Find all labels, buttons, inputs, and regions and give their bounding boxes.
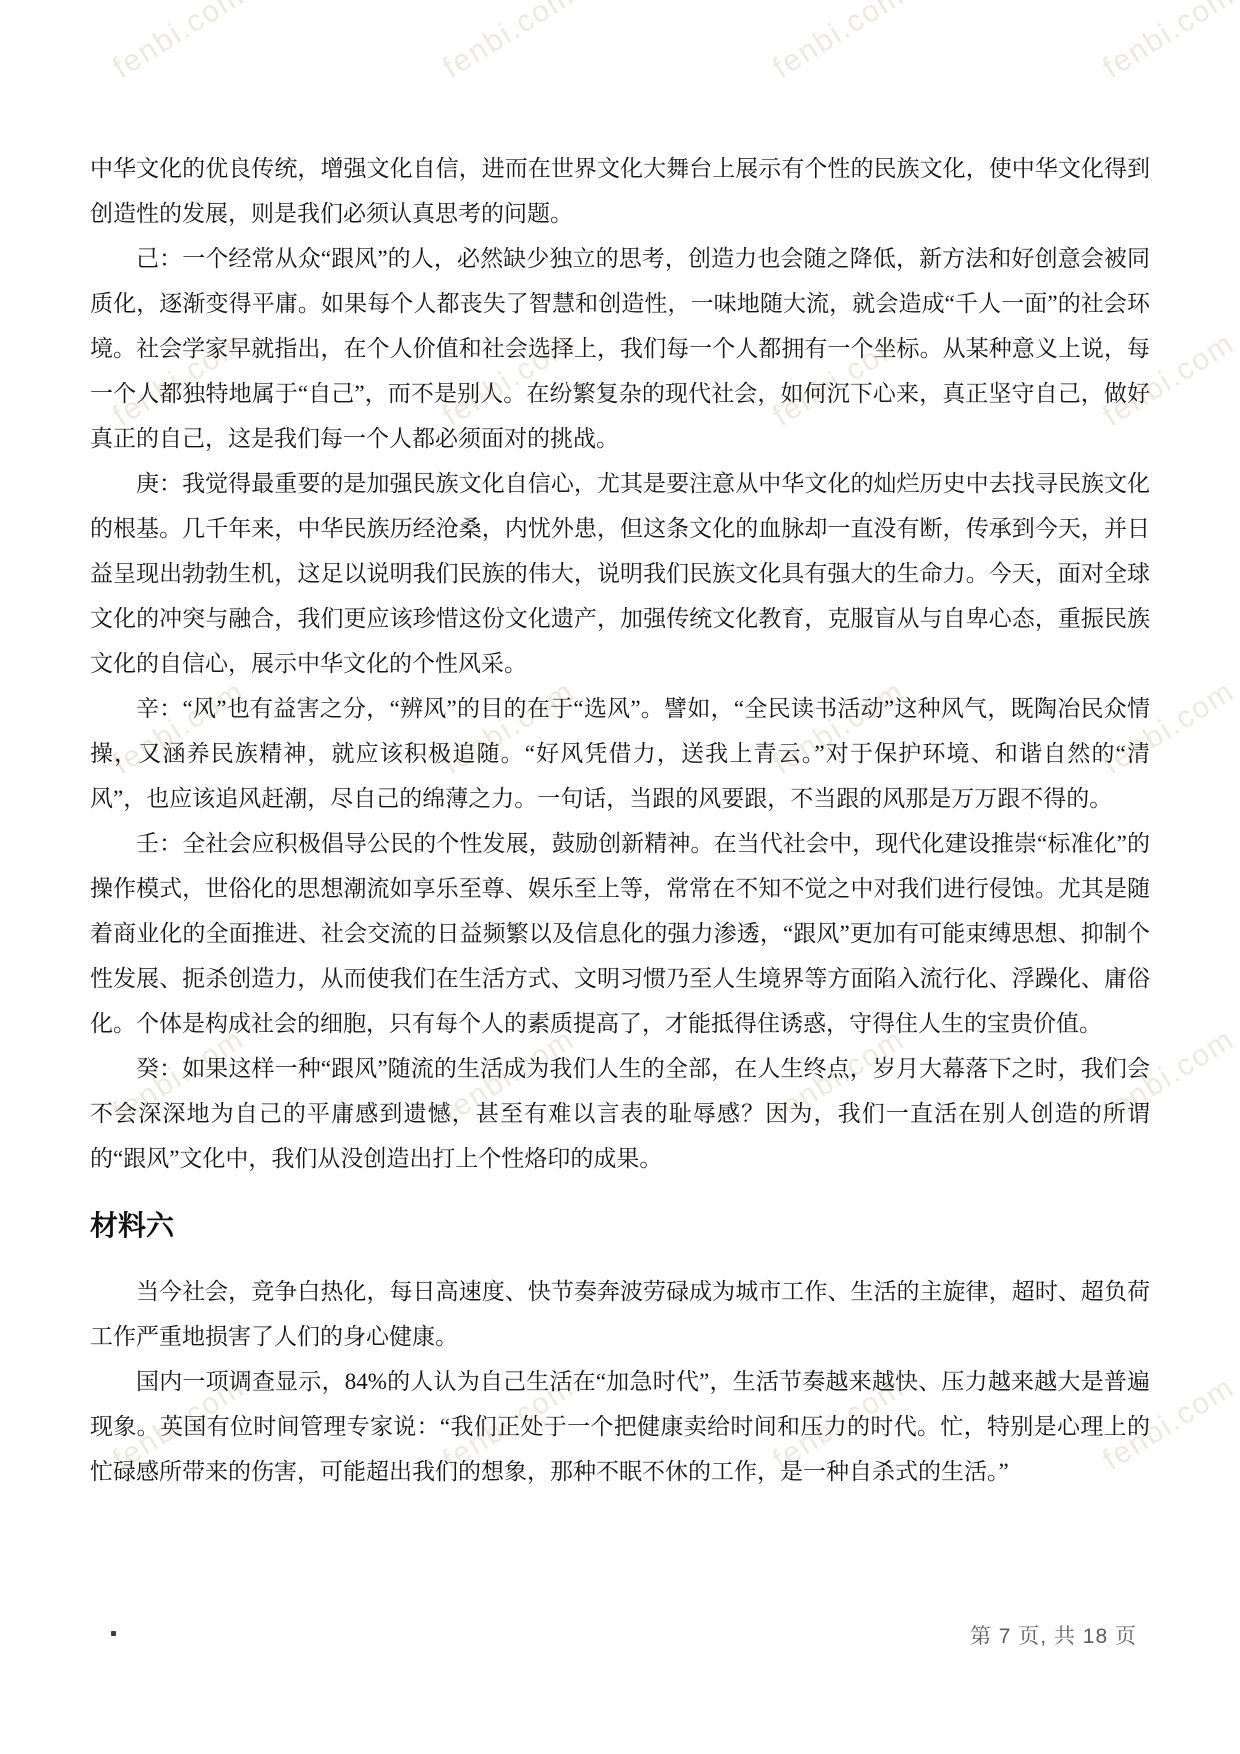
paragraph-speaker-xin: 辛：“风”也有益害之分，“辨风”的目的在于“选风”。譬如，“全民读书活动”这种风… (90, 686, 1150, 821)
paragraph-speaker-geng: 庚：我觉得最重要的是加强民族文化自信心，尤其是要注意从中华文化的灿烂历史中去找寻… (90, 461, 1150, 686)
page-number: 第 7 页, 共 18 页 (970, 1620, 1137, 1650)
paragraph-speaker-ji: 己：一个经常从众“跟风”的人，必然缺少独立的思考，创造力也会随之降低，新方法和好… (90, 236, 1150, 461)
paragraph-speaker-gui: 癸：如果这样一种“跟风”随流的生活成为我们人生的全部，在人生终点，岁月大幕落下之… (90, 1046, 1150, 1181)
paragraph-survey: 国内一项调查显示，84%的人认为自己生活在“加急时代”，生活节奏越来越快、压力越… (90, 1359, 1150, 1494)
document-page: fenbi.comfenbi.comfenbi.comfenbi.comfenb… (0, 0, 1240, 1754)
watermark-text: fenbi.com (767, 0, 911, 86)
watermark-text: fenbi.com (107, 0, 251, 86)
paragraph-material-six-intro: 当今社会，竞争白热化，每日高速度、快节奏奔波劳碌成为城市工作、生活的主旋律，超时… (90, 1269, 1150, 1359)
paragraph-continuation: 中华文化的优良传统，增强文化自信，进而在世界文化大舞台上展示有个性的民族文化，使… (90, 146, 1150, 236)
watermark-text: fenbi.com (437, 0, 581, 86)
watermark-text: fenbi.com (1097, 0, 1240, 86)
paragraph-speaker-ren: 壬：全社会应积极倡导公民的个性发展，鼓励创新精神。在当代社会中，现代化建设推崇“… (90, 821, 1150, 1046)
document-content: 中华文化的优良传统，增强文化自信，进而在世界文化大舞台上展示有个性的民族文化，使… (90, 146, 1150, 1494)
footer-dot (111, 1631, 116, 1636)
section-heading-material-six: 材料六 (90, 1207, 1150, 1247)
